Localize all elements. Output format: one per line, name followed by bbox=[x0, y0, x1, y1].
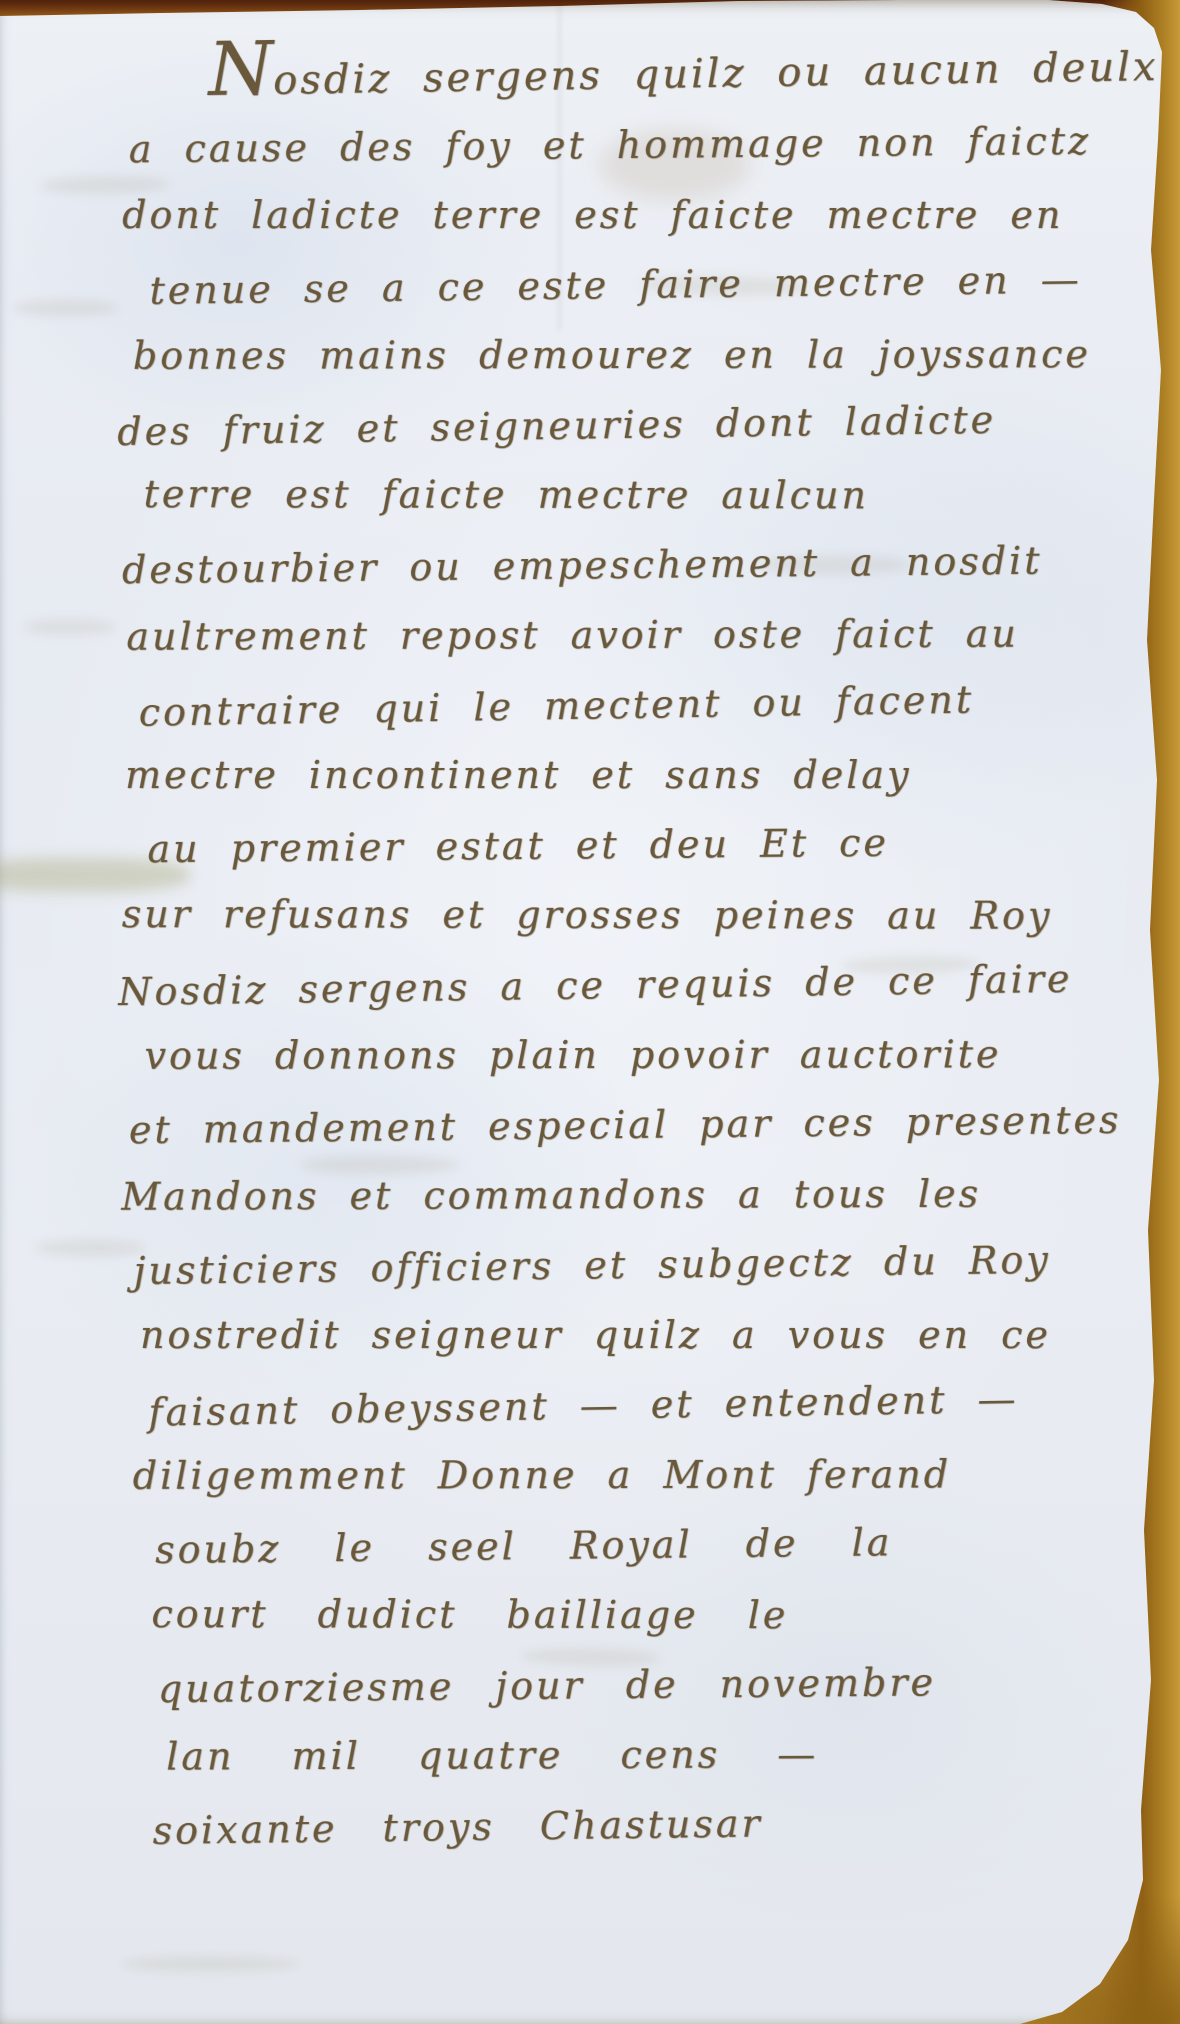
manuscript-line: faisant obeyssent — et entendent — bbox=[148, 1362, 1131, 1447]
ink-show-through bbox=[14, 300, 118, 316]
manuscript-line: au premier estat et deu Et ce bbox=[147, 806, 1128, 885]
manuscript-line: soubz le seel Royal de la bbox=[155, 1505, 1132, 1585]
manuscript-line: vous donnons plain povoir auctorite bbox=[144, 1019, 1128, 1091]
ink-show-through bbox=[120, 1956, 300, 1972]
manuscript-line: sur refusans et grosses peines au Roy bbox=[122, 879, 1128, 951]
manuscript-line: des fruiz et seigneuries dont ladicte bbox=[117, 383, 1126, 467]
manuscript-line: quatorziesme jour de novembre bbox=[158, 1646, 1133, 1724]
manuscript-line: Nosdiz sergens quilz ou aucun deulx bbox=[208, 33, 1124, 117]
manuscript-line: soixante troys Chastusar bbox=[152, 1784, 1133, 1866]
manuscript-line: contraire qui le mectent ou facent bbox=[138, 662, 1127, 748]
manuscript-line: a cause des foy et hommage non faictz bbox=[128, 106, 1124, 185]
manuscript-line: et mandement especial par ces presentes bbox=[129, 1085, 1130, 1165]
manuscript-page: Nosdiz sergens quilz ou aucun deulx a ca… bbox=[0, 0, 1180, 2024]
manuscript-photo: Nosdiz sergens quilz ou aucun deulx a ca… bbox=[0, 0, 1180, 2024]
manuscript-line: terre est faicte mectre aulcun bbox=[144, 459, 1126, 531]
manuscript-line: diligemment Donne a Mont ferand bbox=[133, 1439, 1131, 1511]
manuscript-line: mectre incontinent et sans delay bbox=[125, 740, 1127, 810]
manuscript-line: aultrement repost avoir oste faict au bbox=[126, 598, 1126, 671]
manuscript-line: bonnes mains demourez en la joyssance bbox=[133, 319, 1125, 391]
manuscript-line: nostredit seigneur quilz a vous en ce bbox=[140, 1300, 1130, 1370]
manuscript-line: justiciers officiers et subgectz du Roy bbox=[133, 1224, 1130, 1306]
manuscript-line: court dudict bailliage le bbox=[151, 1579, 1131, 1651]
manuscript-line: tenue se a ce este faire mectre en — bbox=[149, 244, 1125, 326]
manuscript-line: destourbier ou empeschement a nosdit bbox=[122, 525, 1127, 606]
manuscript-line: Mandons et commandons a tous les bbox=[121, 1158, 1129, 1232]
ink-show-through bbox=[24, 620, 116, 634]
manuscript-line: Nosdiz sergens a ce requis de ce faire bbox=[118, 943, 1129, 1027]
manuscript-line: dont ladicte terre est faicte mectre en bbox=[122, 180, 1124, 250]
handwritten-text-block: Nosdiz sergens quilz ou aucun deulx a ca… bbox=[113, 37, 1133, 1862]
manuscript-line: lan mil quatre cens — bbox=[166, 1718, 1132, 1791]
